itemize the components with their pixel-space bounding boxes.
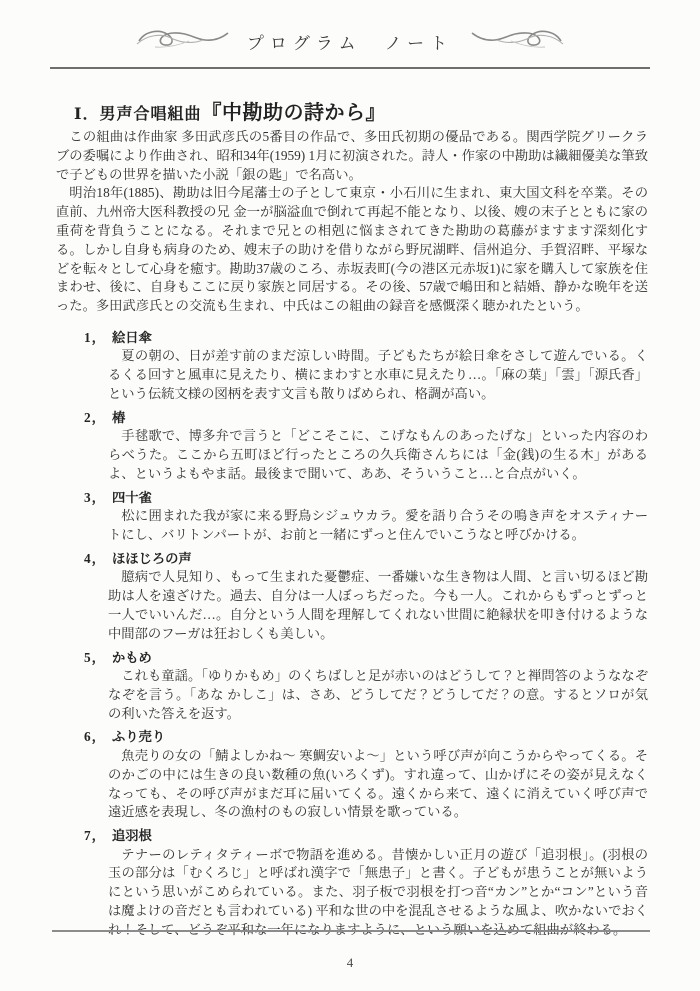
movement-heading: 4，ほほじろの声	[84, 550, 648, 569]
footer-divider	[52, 930, 650, 932]
page-header: プログラム ノート	[0, 0, 700, 57]
section-title-work: 『中勘助の詩から』	[202, 102, 387, 124]
movement-title: 椿	[112, 410, 125, 425]
page-header-title: プログラム ノート	[247, 29, 453, 54]
flourish-right-icon	[469, 26, 565, 57]
movement-title: ふり売り	[112, 729, 165, 744]
movement-heading: 2，椿	[84, 409, 648, 428]
movement-heading: 3，四十雀	[84, 489, 648, 508]
movement-list: 1，絵日傘 夏の朝の、日が差す前のまだ涼しい時間。子どもたちが絵日傘をさして遊ん…	[56, 329, 648, 940]
program-note-page: プログラム ノート Ⅰ．男声合唱組曲『中勘助の詩から』 この組曲は作曲家 多田武…	[0, 0, 700, 991]
movement-description: テナーのレティタティーボで物語を進める。昔懐かしい正月の遊び「追羽根」。(羽根の…	[108, 846, 648, 940]
list-item: 6，ふり売り 魚売りの女の「鯖よしかね〜 寒鯛安いよ〜」という呼び声が向こうから…	[56, 728, 648, 822]
movement-heading: 1，絵日傘	[84, 329, 648, 348]
movement-heading: 5，かもめ	[84, 649, 648, 668]
list-item: 2，椿 手毬歌で、博多弁で言うと「どこそこに、こげなもんのあったげな」といった内…	[56, 409, 648, 484]
header-divider	[50, 67, 650, 69]
list-item: 5，かもめ これも童謡。「ゆりかもめ」のくちばしと足が赤いのはどうして？と禅問答…	[56, 649, 648, 724]
movement-number: 3，	[84, 490, 106, 505]
movement-number: 1，	[84, 330, 106, 345]
movement-number: 4，	[84, 551, 106, 566]
document-content: Ⅰ．男声合唱組曲『中勘助の詩から』 この組曲は作曲家 多田武彦氏の5番目の作品で…	[0, 95, 700, 940]
list-item: 4，ほほじろの声 臆病で人見知り、もって生まれた憂鬱症、一番嫌いな生き物は人間、…	[56, 550, 648, 644]
movement-description: 夏の朝の、日が差す前のまだ涼しい時間。子どもたちが絵日傘をさして遊んでいる。くる…	[108, 347, 648, 403]
movement-title: 追羽根	[112, 828, 152, 843]
list-item: 7，追羽根 テナーのレティタティーボで物語を進める。昔懐かしい正月の遊び「追羽根…	[56, 827, 648, 939]
list-item: 3，四十雀 松に囲まれた我が家に来る野鳥シジュウカラ。愛を語り合うその鳴き声をオ…	[56, 489, 648, 545]
section-title: Ⅰ．男声合唱組曲『中勘助の詩から』	[74, 95, 648, 128]
list-item: 1，絵日傘 夏の朝の、日が差す前のまだ涼しい時間。子どもたちが絵日傘をさして遊ん…	[56, 329, 648, 404]
movement-heading: 7，追羽根	[84, 827, 648, 846]
movement-description: これも童謡。「ゆりかもめ」のくちばしと足が赤いのはどうして？と禅問答のようななぞ…	[108, 667, 648, 723]
movement-title: 四十雀	[112, 490, 152, 505]
page-number: 4	[0, 955, 700, 971]
section-title-prefix: Ⅰ．男声合唱組曲	[74, 106, 202, 123]
movement-title: かもめ	[112, 650, 152, 665]
flourish-left-icon	[135, 26, 231, 57]
movement-description: 臆病で人見知り、もって生まれた憂鬱症、一番嫌いな生き物は人間、と言い切るほど勘助…	[108, 568, 648, 643]
movement-number: 6，	[84, 729, 106, 744]
movement-number: 5，	[84, 650, 106, 665]
movement-heading: 6，ふり売り	[84, 728, 648, 747]
movement-description: 魚売りの女の「鯖よしかね〜 寒鯛安いよ〜」という呼び声が向こうからやってくる。そ…	[108, 747, 648, 822]
intro-paragraph-1: この組曲は作曲家 多田武彦氏の5番目の作品で、多田氏初期の優品である。関西学院グ…	[56, 128, 648, 184]
movement-number: 2，	[84, 410, 106, 425]
movement-description: 手毬歌で、博多弁で言うと「どこそこに、こげなもんのあったげな」といった内容のわら…	[108, 427, 648, 483]
movement-description: 松に囲まれた我が家に来る野鳥シジュウカラ。愛を語り合うその鳴き声をオスティナート…	[108, 507, 648, 545]
intro-paragraph-2: 明治18年(1885)、勘助は旧今尾藩士の子として東京・小石川に生まれ、東大国文…	[56, 184, 648, 316]
movement-number: 7，	[84, 828, 106, 843]
movement-title: 絵日傘	[112, 330, 152, 345]
movement-title: ほほじろの声	[112, 551, 192, 566]
